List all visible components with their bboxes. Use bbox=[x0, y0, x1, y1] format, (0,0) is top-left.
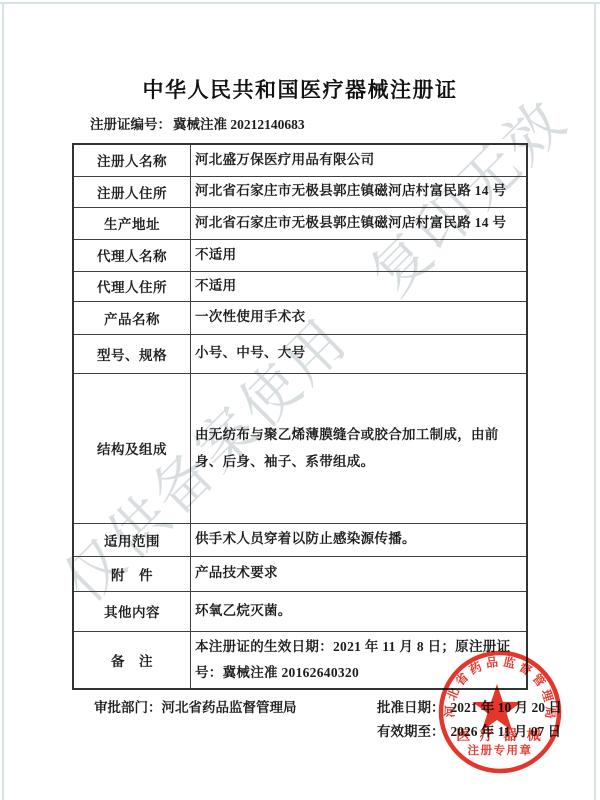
row-label: 型号、规格 bbox=[73, 334, 191, 373]
approval-department-line: 审批部门：河北省药品监督管理局 bbox=[94, 696, 297, 716]
certificate-table: 注册人名称 河北盛万保医疗用品有限公司 注册人住所 河北省石家庄市无极县郭庄镇磁… bbox=[72, 143, 528, 690]
stamp-line1: 医 疗 器 械 bbox=[456, 727, 544, 744]
official-stamp: 河北省药品监督管理局 医 疗 器 械 注册专用章 bbox=[436, 648, 564, 776]
scan-edge-left bbox=[2, 2, 4, 800]
row-value: 由无纺布与聚乙烯薄膜缝合或胶合加工制成，由前身、后身、袖子、系带组成。 bbox=[191, 373, 528, 523]
table-row: 生产地址 河北省石家庄市无极县郭庄镇磁河店村富民路 14 号 bbox=[73, 207, 527, 239]
table-row: 产品名称 一次性使用手术衣 bbox=[73, 301, 527, 334]
row-label: 备 注 bbox=[73, 631, 191, 689]
table-row: 型号、规格 小号、中号、大号 bbox=[73, 334, 527, 373]
certificate-number-value: 冀械注准 20212140683 bbox=[173, 117, 305, 132]
row-label: 注册人名称 bbox=[73, 144, 191, 176]
row-value: 河北省石家庄市无极县郭庄镇磁河店村富民路 14 号 bbox=[191, 207, 528, 239]
row-value: 产品技术要求 bbox=[191, 556, 528, 591]
certificate-number-label: 注册证编号： bbox=[90, 117, 171, 132]
star-icon bbox=[472, 684, 521, 731]
approval-date-label: 批准日期： bbox=[377, 700, 445, 715]
row-value: 一次性使用手术衣 bbox=[191, 301, 528, 334]
table-row: 注册人名称 河北盛万保医疗用品有限公司 bbox=[73, 144, 527, 176]
row-label: 代理人名称 bbox=[73, 239, 191, 271]
row-label: 结构及组成 bbox=[73, 373, 191, 523]
table-row: 注册人住所 河北省石家庄市无极县郭庄镇磁河店村富民路 14 号 bbox=[73, 176, 527, 207]
approval-department-label: 审批部门： bbox=[94, 700, 162, 715]
row-value: 河北省石家庄市无极县郭庄镇磁河店村富民路 14 号 bbox=[191, 176, 528, 207]
table-row: 代理人住所 不适用 bbox=[73, 271, 527, 301]
row-label: 生产地址 bbox=[73, 207, 191, 239]
stamp-line2: 注册专用章 bbox=[468, 743, 533, 757]
row-label: 注册人住所 bbox=[73, 176, 191, 207]
row-label: 代理人住所 bbox=[73, 271, 191, 301]
table-row: 附 件 产品技术要求 bbox=[73, 556, 527, 591]
scan-edge-right bbox=[594, 2, 596, 800]
row-label: 产品名称 bbox=[73, 301, 191, 334]
row-value: 不适用 bbox=[191, 271, 528, 301]
row-label: 附 件 bbox=[73, 556, 191, 591]
approval-department-value: 河北省药品监督管理局 bbox=[162, 700, 297, 715]
scan-edge-top bbox=[0, 2, 600, 4]
page-title: 中华人民共和国医疗器械注册证 bbox=[0, 74, 600, 104]
row-label: 适用范围 bbox=[73, 523, 191, 556]
certificate-page: 仅供备案使用 复印无效 中华人民共和国医疗器械注册证 注册证编号：冀械注准 20… bbox=[0, 0, 600, 800]
table-row: 其他内容 环氧乙烷灭菌。 bbox=[73, 591, 527, 631]
row-value: 小号、中号、大号 bbox=[191, 334, 528, 373]
valid-until-label: 有效期至： bbox=[377, 724, 445, 739]
table-row: 代理人名称 不适用 bbox=[73, 239, 527, 271]
row-value: 供手术人员穿着以防止感染源传播。 bbox=[191, 523, 528, 556]
row-value: 环氧乙烷灭菌。 bbox=[191, 591, 528, 631]
row-value: 河北盛万保医疗用品有限公司 bbox=[191, 144, 528, 176]
row-value: 不适用 bbox=[191, 239, 528, 271]
table-row: 适用范围 供手术人员穿着以防止感染源传播。 bbox=[73, 523, 527, 556]
table-row: 结构及组成 由无纺布与聚乙烯薄膜缝合或胶合加工制成，由前身、后身、袖子、系带组成… bbox=[73, 373, 527, 523]
row-label: 其他内容 bbox=[73, 591, 191, 631]
certificate-number-line: 注册证编号：冀械注准 20212140683 bbox=[90, 113, 305, 133]
